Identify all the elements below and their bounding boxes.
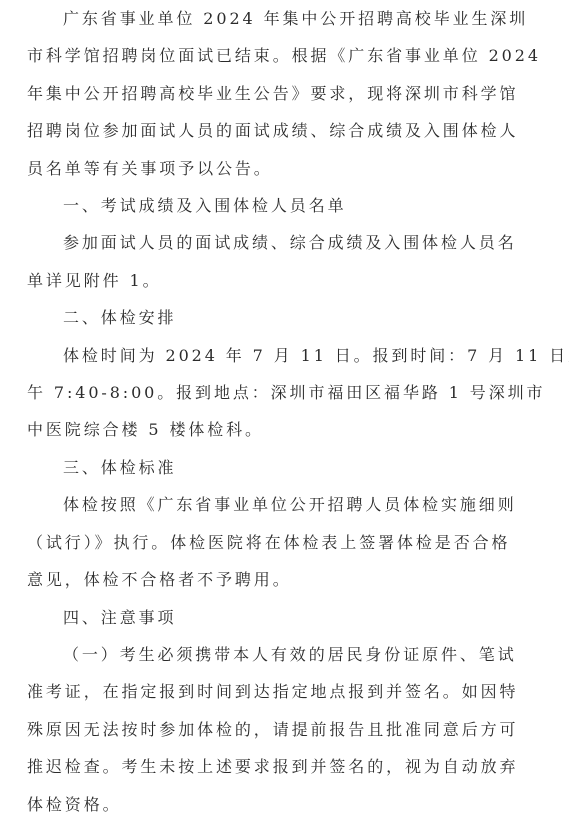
intro-paragraph: 广东省事业单位 2024 年集中公开招聘高校毕业生深圳 市科学馆招聘岗位面试已结… — [27, 0, 527, 187]
body-line: 午 7:40-8:00。报到地点：深圳市福田区福华路 1 号深圳市 — [27, 374, 527, 411]
section-heading: 四、注意事项 — [27, 599, 527, 636]
section-heading-notes: 四、注意事项 — [27, 599, 527, 636]
body-line: 推迟检查。考生未按上述要求报到并签名的，视为自动放弃 — [27, 748, 527, 785]
intro-line: 广东省事业单位 2024 年集中公开招聘高校毕业生深圳 — [27, 0, 527, 37]
body-line: 准考证，在指定报到时间到达指定地点报到并签名。如因特 — [27, 673, 527, 710]
body-line: （一）考生必须携带本人有效的居民身份证原件、笔试 — [27, 636, 527, 673]
body-line: 殊原因无法按时参加体检的，请提前报告且批准同意后方可 — [27, 711, 527, 748]
body-line: 体检按照《广东省事业单位公开招聘人员体检实施细则 — [27, 486, 527, 523]
section-heading: 一、考试成绩及入围体检人员名单 — [27, 187, 527, 224]
section-heading: 三、体检标准 — [27, 449, 527, 486]
section-heading-exam-results: 一、考试成绩及入围体检人员名单 — [27, 187, 527, 224]
body-line: （试行）》执行。体检医院将在体检表上签署体检是否合格 — [27, 524, 527, 561]
section-body-exam-results: 参加面试人员的面试成绩、综合成绩及入围体检人员名 单详见附件 1。 — [27, 224, 527, 299]
body-line: 意见，体检不合格者不予聘用。 — [27, 561, 527, 598]
body-line: 单详见附件 1。 — [27, 262, 527, 299]
section-heading-medical-arrangement: 二、体检安排 — [27, 299, 527, 336]
body-line: 参加面试人员的面试成绩、综合成绩及入围体检人员名 — [27, 224, 527, 261]
intro-line: 招聘岗位参加面试人员的面试成绩、综合成绩及入围体检人 — [27, 112, 527, 149]
body-line: 体检资格。 — [27, 786, 527, 823]
section-heading-medical-standard: 三、体检标准 — [27, 449, 527, 486]
section-body-medical-standard: 体检按照《广东省事业单位公开招聘人员体检实施细则 （试行）》执行。体检医院将在体… — [27, 486, 527, 598]
section-heading: 二、体检安排 — [27, 299, 527, 336]
intro-line: 市科学馆招聘岗位面试已结束。根据《广东省事业单位 2024 — [27, 37, 527, 74]
section-body-medical-arrangement: 体检时间为 2024 年 7 月 11 日。报到时间：7 月 11 日上 午 7… — [27, 337, 527, 449]
body-line: 中医院综合楼 5 楼体检科。 — [27, 411, 527, 448]
body-line: 体检时间为 2024 年 7 月 11 日。报到时间：7 月 11 日上 — [27, 337, 527, 374]
intro-line: 年集中公开招聘高校毕业生公告》要求，现将深圳市科学馆 — [27, 75, 527, 112]
intro-line: 员名单等有关事项予以公告。 — [27, 150, 527, 187]
section-body-notes: （一）考生必须携带本人有效的居民身份证原件、笔试 准考证，在指定报到时间到达指定… — [27, 636, 527, 823]
announcement-document: 广东省事业单位 2024 年集中公开招聘高校毕业生深圳 市科学馆招聘岗位面试已结… — [27, 0, 527, 823]
